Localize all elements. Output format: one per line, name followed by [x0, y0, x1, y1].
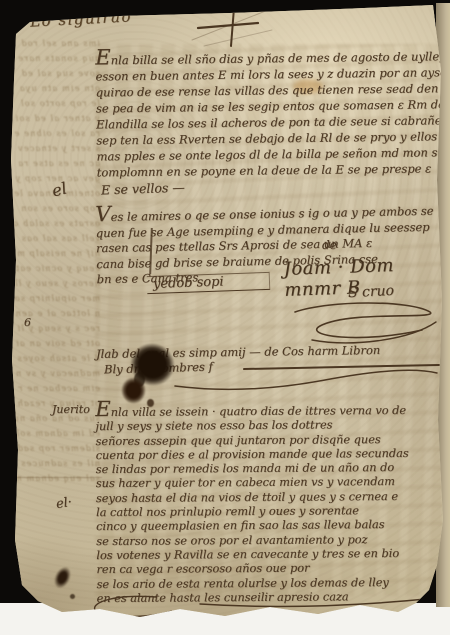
- paragraph-block-1: Enla billa se ell sño dias y pñas de mes…: [95, 45, 450, 181]
- text-line: Enla villa se issein · quatro dias de it…: [95, 400, 408, 420]
- closing-line: E se vellos —: [101, 180, 185, 198]
- margin-ink-smudge: [51, 564, 74, 591]
- cross-mark-icon: [192, 4, 276, 52]
- underline-swash: [175, 370, 441, 394]
- ink-blot-drip: [121, 377, 146, 404]
- bleed-through-text-left-margin: ims ana sel rod auq sonats nare sove suq…: [12, 36, 100, 488]
- header-rubric: Lo siguirao: [30, 7, 133, 30]
- margin-decree-word: Juerito: [52, 403, 90, 416]
- manuscript-page: ims ana sel rod auq sonats nare sove suq…: [0, 0, 450, 635]
- margin-mark-numeral: 6: [24, 316, 31, 329]
- paper-crease-line: [10, 477, 102, 478]
- margin-mark-el-low: el·: [55, 495, 73, 512]
- signature-flourish: [290, 300, 440, 348]
- text-line: los votenes y Ravilla se en cavecante y …: [96, 547, 409, 563]
- margin-ink-smudge-dot: [70, 594, 75, 599]
- notary-title: S cruo: [348, 283, 395, 301]
- paragraph-block-3: Enla villa se issein · quatro dias de it…: [95, 400, 409, 606]
- text-line: seyos hasta el dia na vios de ttoil y qu…: [96, 490, 409, 506]
- manuscript-scan: ims ana sel rod auq sonats nare sove suq…: [0, 0, 450, 635]
- text-line: se los ario de esta renta olurlse y los …: [97, 575, 410, 591]
- signature-prefix: de: [322, 238, 337, 252]
